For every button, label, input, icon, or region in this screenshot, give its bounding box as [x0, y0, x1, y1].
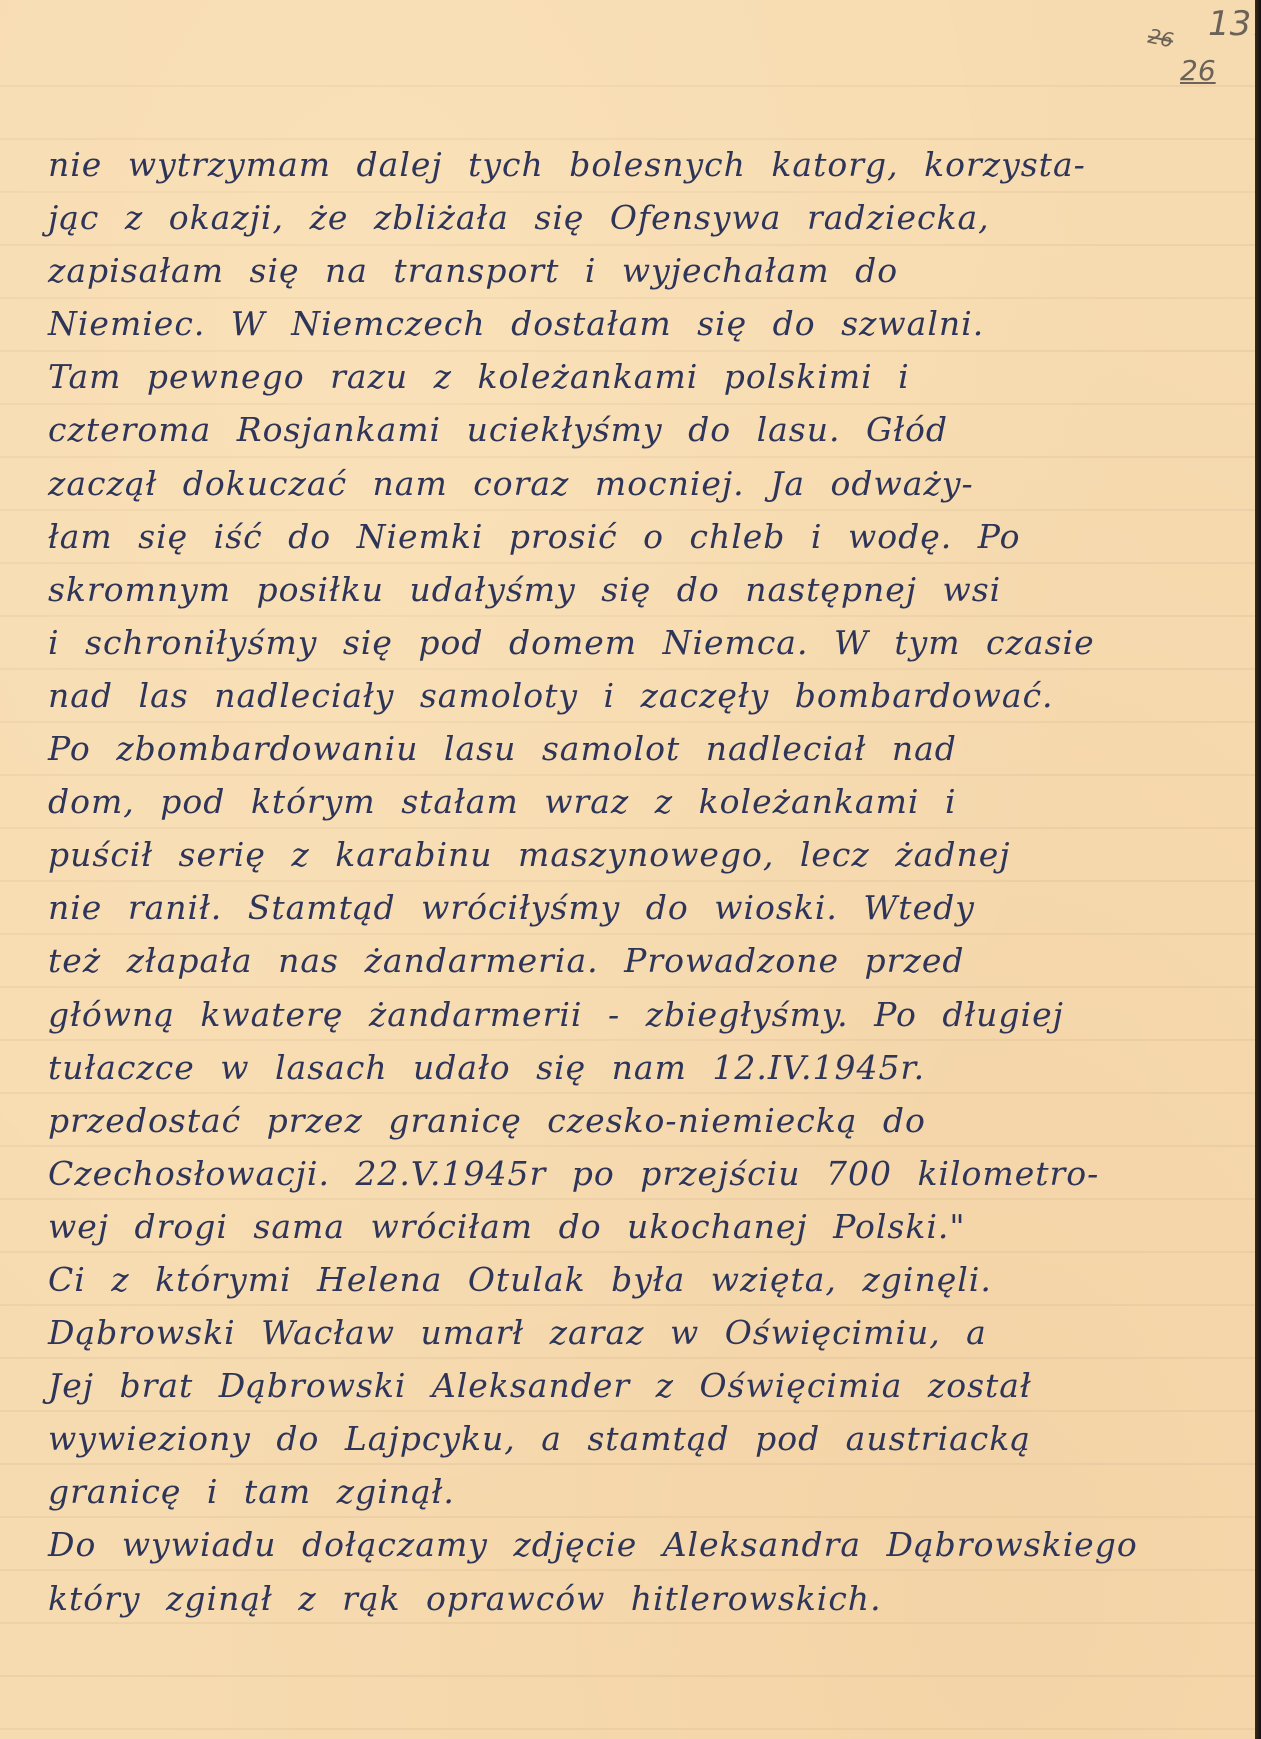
page-edge-shadow [1255, 0, 1261, 1739]
text-line: wywieziony do Lajpcyku, a stamtąd pod au… [48, 1412, 1248, 1465]
text-line: Tam pewnego razu z koleżankami polskimi … [48, 350, 1248, 403]
text-line: Czechosłowacji. 22.V.1945r po przejściu … [48, 1147, 1248, 1200]
text-line: puścił serię z karabinu maszynowego, lec… [48, 828, 1248, 881]
page-number: 26 [1180, 54, 1216, 87]
text-line: Niemiec. W Niemczech dostałam się do szw… [48, 297, 1248, 350]
text-line: Po zbombardowaniu lasu samolot nadleciał… [48, 722, 1248, 775]
crossed-out-page-number: 26 [1146, 24, 1176, 53]
text-line: nie wytrzymam dalej tych bolesnych kator… [48, 138, 1248, 191]
text-line: Do wywiadu dołączamy zdjęcie Aleksandra … [48, 1518, 1248, 1571]
text-line: i schroniłyśmy się pod domem Niemca. W t… [48, 616, 1248, 669]
text-line: Dąbrowski Wacław umarł zaraz w Oświęcimi… [48, 1306, 1248, 1359]
handwritten-text-body: nie wytrzymam dalej tych bolesnych kator… [48, 138, 1248, 1625]
text-line: wej drogi sama wróciłam do ukochanej Pol… [48, 1200, 1248, 1253]
text-line: przedostać przez granicę czesko-niemieck… [48, 1094, 1248, 1147]
text-line: zaczął dokuczać nam coraz mocniej. Ja od… [48, 457, 1248, 510]
text-line: łam się iść do Niemki prosić o chleb i w… [48, 510, 1248, 563]
text-line: dom, pod którym stałam wraz z koleżankam… [48, 775, 1248, 828]
archive-page-number: 137 [1208, 4, 1261, 44]
handwritten-page: 26 137 26 nie wytrzymam dalej tych boles… [0, 0, 1255, 1739]
text-line: też złapała nas żandarmeria. Prowadzone … [48, 934, 1248, 987]
text-line: jąc z okazji, że zbliżała się Ofensywa r… [48, 191, 1248, 244]
text-line: czteroma Rosjankami uciekłyśmy do lasu. … [48, 403, 1248, 456]
text-line: Ci z którymi Helena Otulak była wzięta, … [48, 1253, 1248, 1306]
text-line: nad las nadleciały samoloty i zaczęły bo… [48, 669, 1248, 722]
text-line: nie ranił. Stamtąd wróciłyśmy do wioski.… [48, 881, 1248, 934]
text-line: zapisałam się na transport i wyjechałam … [48, 244, 1248, 297]
text-line: skromnym posiłku udałyśmy się do następn… [48, 563, 1248, 616]
text-line: główną kwaterę żandarmerii - zbiegłyśmy.… [48, 988, 1248, 1041]
text-line: granicę i tam zginął. [48, 1465, 1248, 1518]
text-line: tułaczce w lasach udało się nam 12.IV.19… [48, 1041, 1248, 1094]
text-line: który zginął z rąk oprawców hitlerowskic… [48, 1572, 1248, 1625]
text-line: Jej brat Dąbrowski Aleksander z Oświęcim… [48, 1359, 1248, 1412]
